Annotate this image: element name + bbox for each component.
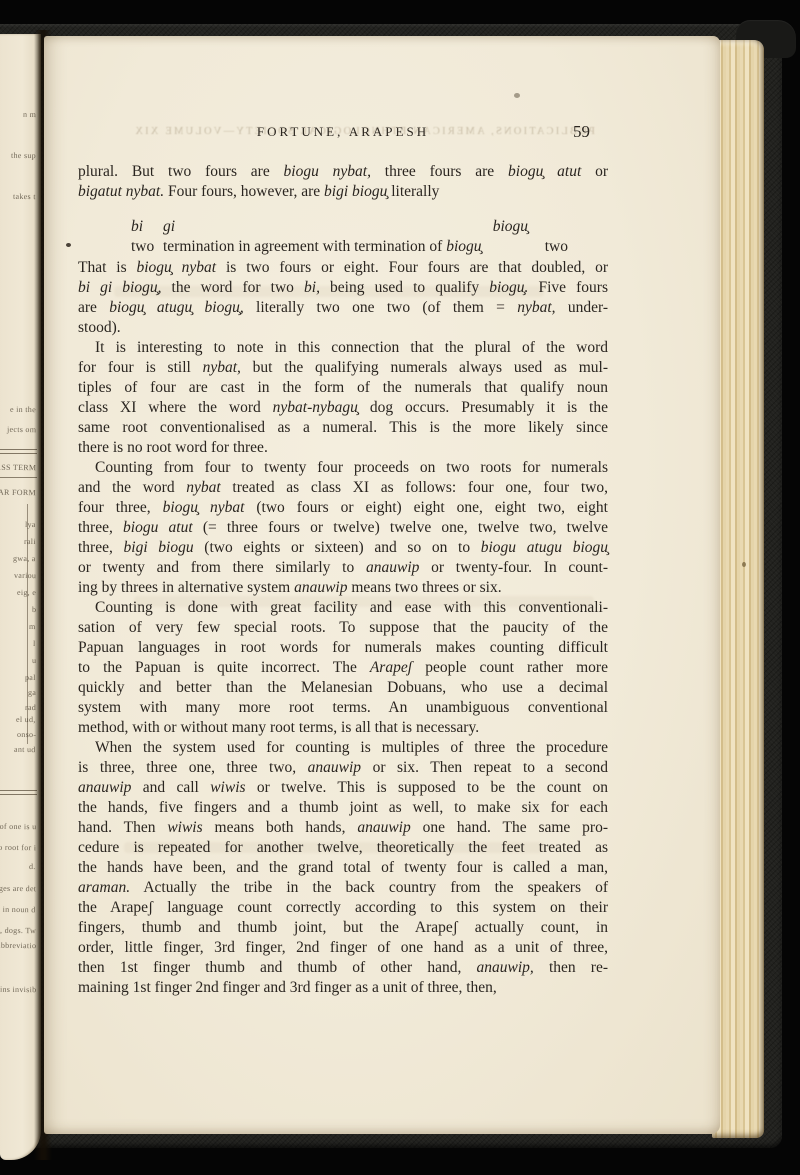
gloss-cell: termination in agreement with terminatio… bbox=[163, 237, 545, 257]
margin-text-fragment: ant ud bbox=[14, 745, 36, 754]
text-line: three, bigi biogu (two eights or sixteen… bbox=[78, 538, 608, 558]
book-photo: n mthe suptakes te in thejects omLASS TE… bbox=[0, 0, 800, 1175]
interlinear-gloss: bigibiogu̧twotermination in agreement wi… bbox=[78, 217, 608, 257]
text-line: Counting is done with great facility and… bbox=[78, 598, 608, 618]
text-line: fingers, thumb and thumb joint, but the … bbox=[78, 918, 608, 938]
text-line: four three, biogu̧ nybat (two fours or e… bbox=[78, 498, 608, 518]
margin-text-fragment: the sup bbox=[11, 151, 36, 160]
margin-text-fragment: LASS TERM bbox=[0, 463, 36, 472]
text-line: plural. But two fours are biogu nybat, t… bbox=[78, 162, 608, 182]
text-line: same root conventionalised as a numeral.… bbox=[78, 418, 608, 438]
gloss-cell: gi bbox=[163, 217, 493, 237]
text-line: tiples of four are cast in the form of t… bbox=[78, 378, 608, 398]
text-line: That is biogu̧ nybat is two fours or eig… bbox=[78, 258, 608, 278]
margin-text-fragment: ins invisib bbox=[0, 985, 36, 994]
margin-text-fragment: gwa, a bbox=[13, 554, 36, 563]
text-line: quickly and better than the Melanesian D… bbox=[78, 678, 608, 698]
gloss-row: twotermination in agreement with termina… bbox=[131, 237, 608, 257]
text-line: Counting from four to twenty four procee… bbox=[78, 458, 608, 478]
gloss-cell: two bbox=[131, 237, 163, 257]
book-page: PUBLICATIONS, AMERICAN ETHNOLOGICAL SOCI… bbox=[44, 36, 720, 1134]
text-line: order, little finger, 3rd finger, 2nd fi… bbox=[78, 938, 608, 958]
margin-text-fragment: , dogs. Tw bbox=[0, 926, 36, 935]
margin-text-fragment: n of one is u bbox=[0, 822, 36, 831]
text-line: is three, three one, three two, anauwip … bbox=[78, 758, 608, 778]
gloss-cell: biogu̧ bbox=[493, 217, 608, 237]
margin-text-fragment: no root for i bbox=[0, 843, 36, 852]
text-line: the Arapeʃ language count correctly acco… bbox=[78, 898, 608, 918]
running-header: FORTUNE, ARAPESH 59 bbox=[78, 124, 608, 148]
text-line: to the Papuan is quite incorrect. The Ar… bbox=[78, 658, 608, 678]
text-line: system with many more root terms. An una… bbox=[78, 698, 608, 718]
margin-text-fragment: jects om bbox=[7, 425, 36, 434]
margin-text-fragment: e in the bbox=[10, 405, 36, 414]
text-line: anauwip and call wiwis or twelve. This i… bbox=[78, 778, 608, 798]
text-line: maining 1st finger 2nd finger and 3rd fi… bbox=[78, 978, 608, 998]
text-line: there is no root word for three. bbox=[78, 438, 608, 458]
text-line: class XI where the word nybat-nybagu̧ do… bbox=[78, 398, 608, 418]
table-rule bbox=[0, 477, 37, 478]
text-line: It is interesting to note in this connec… bbox=[78, 338, 608, 358]
margin-text-fragment: abbreviatio bbox=[0, 941, 36, 950]
margin-text-fragment: variou bbox=[14, 571, 36, 580]
text-line: hand. Then wiwis means both hands, anauw… bbox=[78, 818, 608, 838]
text-line: the hands have been, and the grand total… bbox=[78, 858, 608, 878]
margin-text-fragment: wn in noun d bbox=[0, 905, 36, 914]
text-line: are biogu̧ atugu̧ biogu̧, literally two … bbox=[78, 298, 608, 318]
text-line: cedure is repeated for another twelve, t… bbox=[78, 838, 608, 858]
table-rule bbox=[0, 449, 37, 454]
text-column: plural. But two fours are biogu nybat, t… bbox=[78, 162, 608, 998]
gloss-cell: two bbox=[545, 237, 608, 257]
text-line: or twenty and from there similarly to an… bbox=[78, 558, 608, 578]
gloss-cell: bi bbox=[131, 217, 163, 237]
page-speck bbox=[66, 243, 71, 247]
running-header-title: FORTUNE, ARAPESH bbox=[78, 124, 608, 140]
margin-text-fragment: AR FORM bbox=[0, 488, 36, 497]
text-line: method, with or without many root terms,… bbox=[78, 718, 608, 738]
page-speck bbox=[514, 93, 520, 98]
text-line: Papuan languages in root words for numer… bbox=[78, 638, 608, 658]
text-line: When the system used for counting is mul… bbox=[78, 738, 608, 758]
text-line: then 1st finger thumb and thumb of other… bbox=[78, 958, 608, 978]
page-edge-fleck bbox=[742, 562, 746, 567]
text-line: ing by threes in alternative system anau… bbox=[78, 578, 608, 598]
text-line: for four is still nybat, but the qualify… bbox=[78, 358, 608, 378]
text-line: araman. Actually the tribe in the back c… bbox=[78, 878, 608, 898]
text-line: three, biogu atut (= three fours or twel… bbox=[78, 518, 608, 538]
gloss-row: bigibiogu̧ bbox=[131, 217, 608, 237]
margin-text-fragment: takes t bbox=[13, 192, 36, 201]
text-line: bigatut nybat. Four fours, however, are … bbox=[78, 182, 608, 202]
text-line: stood). bbox=[78, 318, 608, 338]
text-line: sation of very few special roots. To sup… bbox=[78, 618, 608, 638]
text-line: the hands, five fingers and a thumb join… bbox=[78, 798, 608, 818]
table-rule bbox=[0, 790, 37, 795]
text-line: bi gi biogu̧, the word for two bi, being… bbox=[78, 278, 608, 298]
margin-text-fragment: ages are det bbox=[0, 884, 36, 893]
text-line: and the word nybat treated as class XI a… bbox=[78, 478, 608, 498]
page-number: 59 bbox=[573, 122, 590, 142]
